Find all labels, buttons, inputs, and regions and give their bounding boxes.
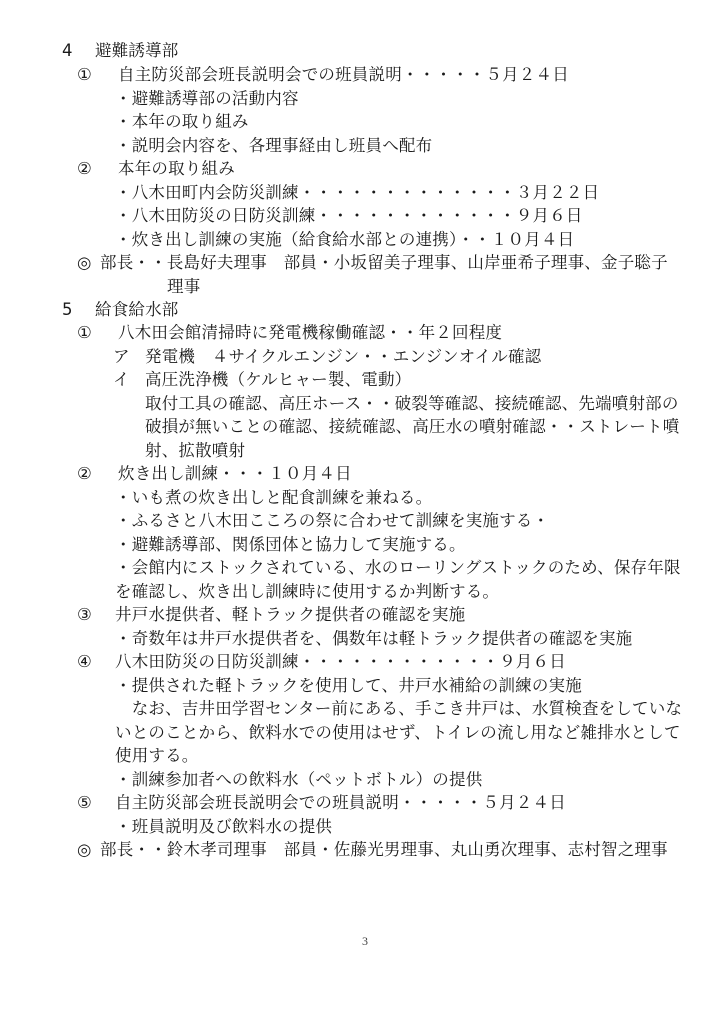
- members-marker: ◎: [77, 839, 92, 861]
- section-5-number: 5: [62, 299, 73, 321]
- sub-marker: イ: [113, 369, 130, 391]
- detail-line: 射、拡散噴射: [145, 440, 245, 462]
- bullet-line: ・八木田町内会防災訓練・・・・・・・・・・・・・３月２２日: [115, 182, 599, 204]
- detail-line: 取付工具の確認、高圧ホース・・破裂等確認、接続確認、先端噴射部の: [145, 393, 679, 415]
- item-marker: ①: [77, 64, 92, 86]
- bullet-line: いとのことから、飲料水での使用はせず、トイレの流し用など雑排水として: [115, 722, 681, 744]
- item-text: 自主防災部会班長説明会での班員説明・・・・・５月２４日: [115, 792, 566, 814]
- members-line: 理事: [167, 276, 200, 298]
- bullet-line: ・本年の取り組み: [115, 111, 249, 133]
- item-marker: ②: [77, 463, 92, 485]
- item-marker: ③: [77, 604, 92, 626]
- section-5-title: 給食給水部: [95, 299, 179, 321]
- bullet-line: を確認し、炊き出し訓練時に使用するか判断する。: [115, 581, 499, 603]
- bullet-line: ・八木田防災の日防災訓練・・・・・・・・・・・・９月６日: [115, 205, 583, 227]
- item-marker: ⑤: [77, 792, 92, 814]
- item-text: 炊き出し訓練・・・１０月４日: [118, 463, 352, 485]
- item-marker: ②: [77, 158, 92, 180]
- detail-line: 破損が無いことの確認、接続確認、高圧水の噴射確認・・ストレート噴: [145, 416, 679, 438]
- bullet-line: ・炊き出し訓練の実施（給食給水部との連携）・・１０月４日: [115, 229, 574, 251]
- bullet-line: ・説明会内容を、各理事経由し班員へ配布: [115, 135, 432, 157]
- bullet-line: ・提供された軽トラックを使用して、井戸水補給の訓練の実施: [115, 675, 582, 697]
- sub-text: 高圧洗浄機（ケルヒャー製、電動）: [145, 369, 411, 391]
- item-marker: ④: [77, 651, 92, 673]
- item-text: 八木田会館清掃時に発電機稼働確認・・年２回程度: [118, 322, 502, 344]
- bullet-line: ・避難誘導部、関係団体と協力して実施する。: [115, 534, 466, 556]
- bullet-line: 使用する。: [115, 745, 199, 767]
- page-number: 3: [362, 934, 368, 949]
- sub-text: 発電機 ４サイクルエンジン・・エンジンオイル確認: [145, 346, 541, 368]
- item-marker: ①: [77, 322, 92, 344]
- item-text: 自主防災部会班長説明会での班員説明・・・・・５月２４日: [118, 64, 569, 86]
- bullet-line: ・会館内にストックされている、水のローリングストックのため、保存年限: [115, 557, 681, 579]
- item-text: 本年の取り組み: [118, 158, 235, 180]
- bullet-line: ・班員説明及び飲料水の提供: [115, 816, 332, 838]
- bullet-line: ・訓練参加者への飲料水（ペットボトル）の提供: [115, 769, 482, 791]
- section-4-title: 避難誘導部: [95, 40, 179, 62]
- bullet-line: ・ふるさと八木田こころの祭に合わせて訓練を実施する・: [115, 510, 549, 532]
- bullet-line: ・避難誘導部の活動内容: [115, 88, 299, 110]
- item-text: 井戸水提供者、軽トラック提供者の確認を実施: [115, 604, 465, 626]
- bullet-line: ・奇数年は井戸水提供者を、偶数年は軽トラック提供者の確認を実施: [115, 628, 632, 650]
- bullet-line: なお、吉井田学習センター前にある、手こき井戸は、水質検査をしていな: [115, 698, 682, 720]
- members-line: 部長・・鈴木孝司理事 部員・佐藤光男理事、丸山勇次理事、志村智之理事: [100, 839, 668, 861]
- members-marker: ◎: [77, 252, 92, 274]
- section-4-number: 4: [62, 40, 73, 62]
- members-line: 部長・・長島好夫理事 部員・小坂留美子理事、山岸亜希子理事、金子聡子: [100, 252, 668, 274]
- bullet-line: ・いも煮の炊き出しと配食訓練を兼ねる。: [115, 487, 432, 509]
- sub-marker: ア: [113, 346, 130, 368]
- item-text: 八木田防災の日防災訓練・・・・・・・・・・・・９月６日: [115, 651, 566, 673]
